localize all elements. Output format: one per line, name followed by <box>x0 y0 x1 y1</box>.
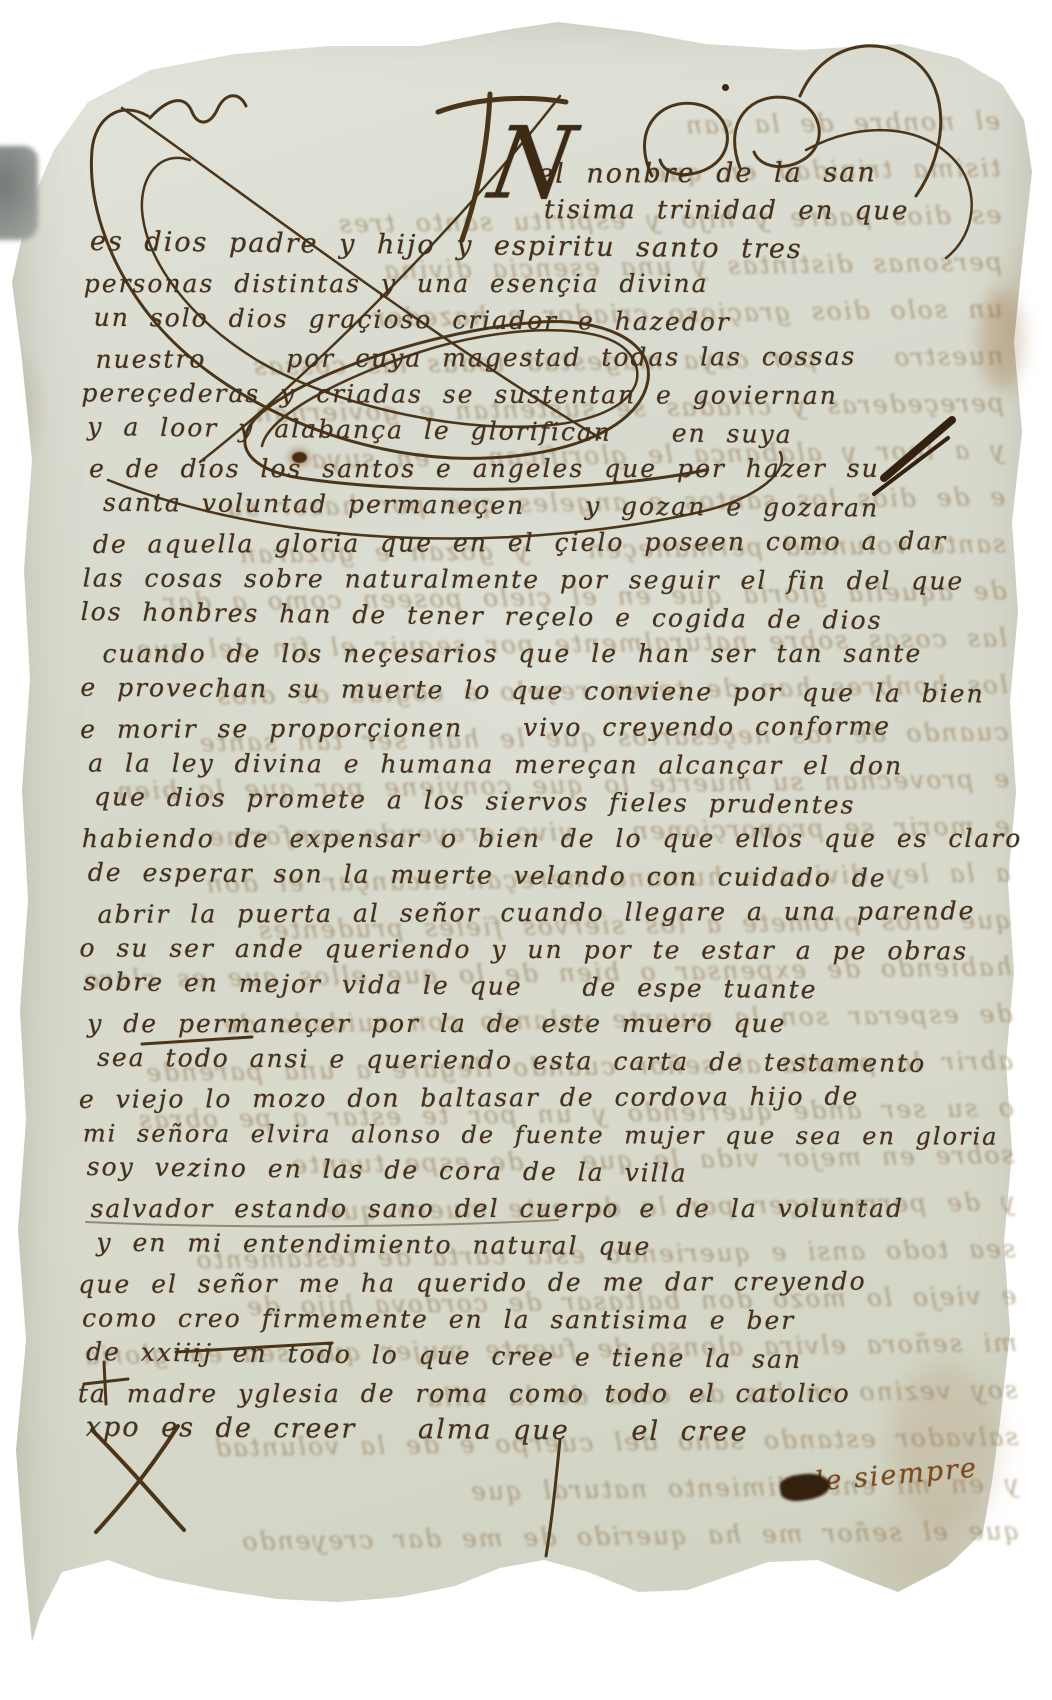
manuscript-line: tisima trinidad en que <box>544 193 982 232</box>
manuscript-line: es dios padre y hijo y espiritu santo tr… <box>90 225 982 272</box>
manuscript-line: nuestro por cuya magestad todas las coss… <box>95 339 981 380</box>
manuscript-line: salvador estando sano del cuerpo e de la… <box>91 1192 979 1229</box>
manuscript-line: xpo es de creer alma que el cree <box>86 1411 978 1455</box>
manuscript-line: personas distintas y una esençia divina <box>84 267 982 304</box>
manuscript-line: que el señor me ha querido de me dar cre… <box>78 1264 978 1305</box>
opening-initial-letter: N <box>483 114 581 213</box>
manuscript-line: de xxiiij en todo lo que cree e tiene la… <box>86 1335 978 1382</box>
corner-clip <box>0 146 38 240</box>
manuscript-line: e morir se proporçionen vivo creyendo co… <box>80 709 980 750</box>
manuscript-line: sobre en mejor vida le que de espe tuant… <box>83 965 979 1012</box>
photograph-background: el nonbre de la san tisima trinidad en q… <box>0 0 1052 1700</box>
manuscript-line: e viejo lo mozo don baltasar de cordova … <box>79 1079 979 1120</box>
manuscript-line: sea todo ansi e queriendo esta carta de … <box>97 1041 979 1084</box>
manuscript-line: e de dios los santos e angeles que por h… <box>89 452 981 489</box>
manuscript-line: ta madre yglesia de roma como todo el ca… <box>78 1377 978 1414</box>
manuscript-line: y a loor y alabança le glorifican en suy… <box>87 410 981 457</box>
manuscript-line: e provechan su muerte lo que conviene po… <box>80 671 980 715</box>
manuscript-line: abrir la puerta al señor cuando llegare … <box>98 894 980 935</box>
manuscript-line: un solo dios graçioso criador e hazedor <box>94 301 982 345</box>
manuscript-line: que dios promete a los siervos fieles pr… <box>94 780 980 827</box>
manuscript-line: y de permaneçer por la de este muero que <box>87 1007 979 1044</box>
manuscript-line: los honbres han de tener reçelo e cogida… <box>80 595 980 642</box>
ink-blot <box>722 84 729 91</box>
manuscript-text: el nonbre de la santisima trinidad en qu… <box>78 154 983 1452</box>
ink-blot <box>292 452 307 463</box>
manuscript-line: santa voluntad permaneçen y gozan e goza… <box>103 486 981 529</box>
manuscript-line: el nonbre de la san <box>537 156 982 195</box>
manuscript-line: y en mi entendimiento natural que <box>96 1226 978 1269</box>
manuscript-line: cuando de los neçesarios que le han ser … <box>103 637 981 674</box>
manuscript-line: de esperar son la muerte velando con cui… <box>88 856 980 900</box>
manuscript-line: soy vezino en las de cora de la villa <box>87 1150 979 1197</box>
manuscript-line: de aquella gloria que en el çielo poseen… <box>93 524 981 565</box>
manuscript-line: habiendo de expensar o bien de lo que el… <box>82 822 980 859</box>
